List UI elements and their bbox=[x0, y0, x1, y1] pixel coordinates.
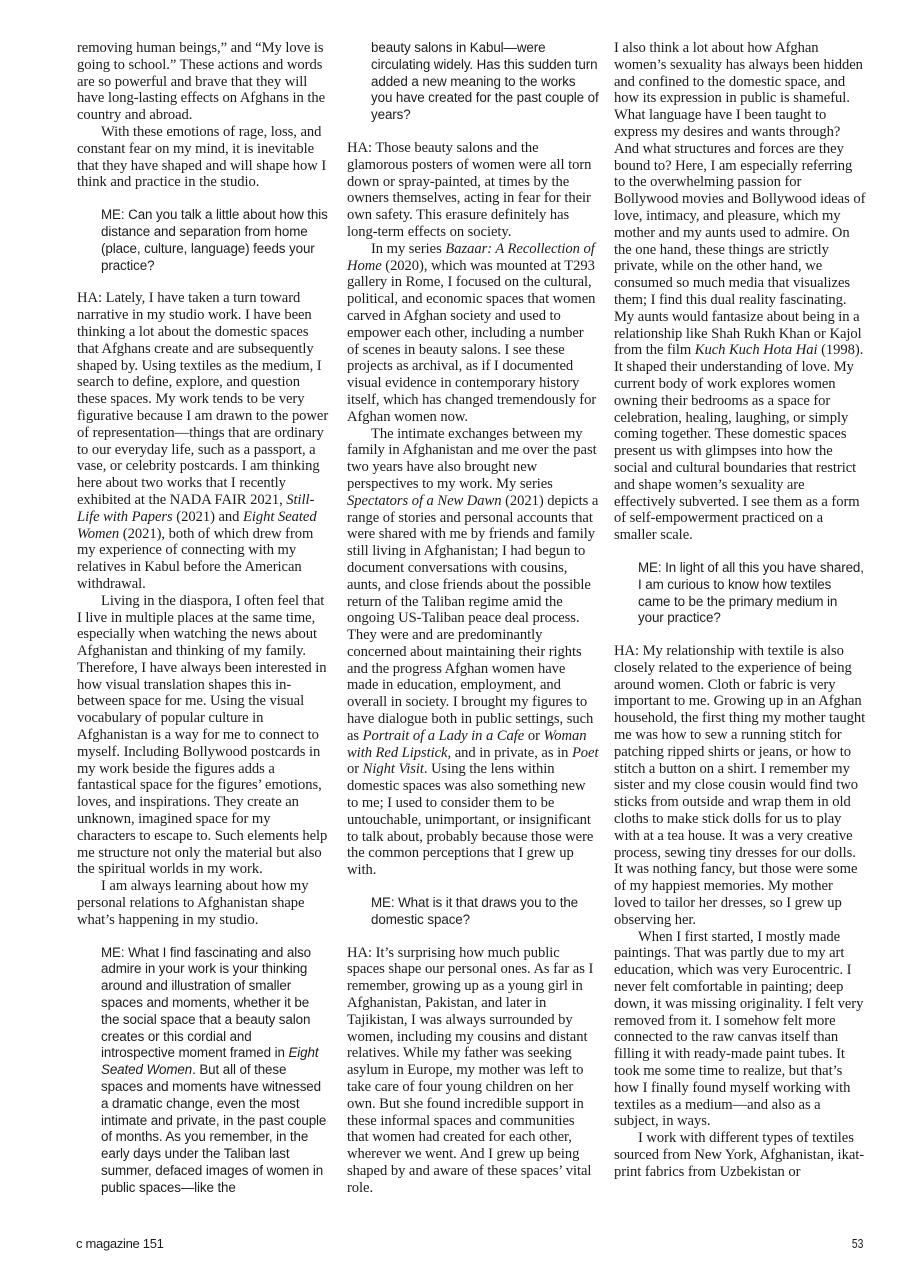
text-run: or bbox=[524, 728, 543, 744]
interview-paragraph: HA: My relationship with textile is also… bbox=[614, 643, 866, 929]
interview-question: beauty salons in Kabul—were circulating … bbox=[371, 40, 599, 124]
text-run: The intimate exchanges between my family… bbox=[347, 426, 597, 492]
text-run: ME: What I find fascinating and also adm… bbox=[101, 945, 311, 1061]
artwork-title: Poet bbox=[572, 745, 599, 761]
text-run: Living in the diaspora, I often feel tha… bbox=[77, 593, 327, 878]
interview-question: ME: Can you talk a little about how this… bbox=[101, 207, 329, 274]
magazine-page: removing human beings,” and “My love is … bbox=[0, 0, 905, 1280]
artwork-title: Portrait of a Lady in a Cafe bbox=[363, 728, 525, 744]
interview-paragraph: I am always learning about how my person… bbox=[77, 878, 329, 928]
interview-paragraph: removing human beings,” and “My love is … bbox=[77, 40, 329, 124]
text-column-3: I also think a lot about how Afghan wome… bbox=[614, 40, 866, 1181]
text-run: I work with different types of textiles … bbox=[614, 1130, 864, 1180]
text-run: When I first started, I mostly made pain… bbox=[614, 929, 863, 1130]
text-run: HA: Lately, I have taken a turn toward n… bbox=[77, 290, 328, 508]
text-run: HA: It’s surprising how much public spac… bbox=[347, 945, 593, 1196]
text-run: I also think a lot about how Afghan wome… bbox=[614, 40, 865, 358]
publication-footer: c magazine 151 bbox=[76, 1236, 164, 1252]
interview-question: ME: What I find fascinating and also adm… bbox=[101, 945, 329, 1197]
text-run: . But all of these spaces and moments ha… bbox=[101, 1062, 326, 1195]
artwork-title: Spectators of a New Dawn bbox=[347, 493, 501, 509]
text-run: HA: Those beauty salons and the glamorou… bbox=[347, 140, 591, 240]
text-run: (2020), which was mounted at T293 galler… bbox=[347, 258, 596, 425]
text-run: (1998). It shaped their understanding of… bbox=[614, 342, 863, 543]
text-run: With these emotions of rage, loss, and c… bbox=[77, 124, 326, 190]
text-run: beauty salons in Kabul—were circulating … bbox=[371, 40, 599, 122]
artwork-title: Night Visit bbox=[363, 761, 424, 777]
interview-question: ME: In light of all this you have shared… bbox=[638, 560, 866, 627]
interview-paragraph: HA: Those beauty salons and the glamorou… bbox=[347, 140, 599, 241]
text-run: HA: My relationship with textile is also… bbox=[614, 643, 865, 928]
text-run: ME: In light of all this you have shared… bbox=[638, 560, 864, 625]
text-run: or bbox=[347, 761, 363, 777]
page-number: 53 bbox=[851, 1236, 863, 1252]
interview-paragraph: HA: It’s surprising how much public spac… bbox=[347, 945, 599, 1197]
text-column-2: beauty salons in Kabul—were circulating … bbox=[347, 40, 599, 1197]
interview-paragraph: The intimate exchanges between my family… bbox=[347, 426, 599, 880]
text-column-1: removing human beings,” and “My love is … bbox=[77, 40, 329, 1197]
text-run: (2021) depicts a range of stories and pe… bbox=[347, 493, 598, 744]
interview-paragraph: Living in the diaspora, I often feel tha… bbox=[77, 593, 329, 879]
interview-paragraph: I also think a lot about how Afghan wome… bbox=[614, 40, 866, 544]
artwork-title: Kuch Kuch Hota Hai bbox=[695, 342, 818, 358]
interview-paragraph: When I first started, I mostly made pain… bbox=[614, 929, 866, 1131]
interview-paragraph: With these emotions of rage, loss, and c… bbox=[77, 124, 329, 191]
interview-question: ME: What is it that draws you to the dom… bbox=[371, 895, 599, 929]
text-run: (2021) and bbox=[173, 509, 243, 525]
text-run: . Using the lens within domestic spaces … bbox=[347, 761, 593, 878]
interview-paragraph: I work with different types of textiles … bbox=[614, 1130, 866, 1180]
text-run: ME: Can you talk a little about how this… bbox=[101, 207, 328, 272]
interview-paragraph: HA: Lately, I have taken a turn toward n… bbox=[77, 290, 329, 592]
text-run: , and in private, as in bbox=[448, 745, 572, 761]
text-run: removing human beings,” and “My love is … bbox=[77, 40, 325, 123]
text-run: ME: What is it that draws you to the dom… bbox=[371, 895, 578, 927]
text-run: I am always learning about how my person… bbox=[77, 878, 308, 928]
text-run: In my series bbox=[371, 241, 445, 257]
interview-paragraph: In my series Bazaar: A Recollection of H… bbox=[347, 241, 599, 426]
